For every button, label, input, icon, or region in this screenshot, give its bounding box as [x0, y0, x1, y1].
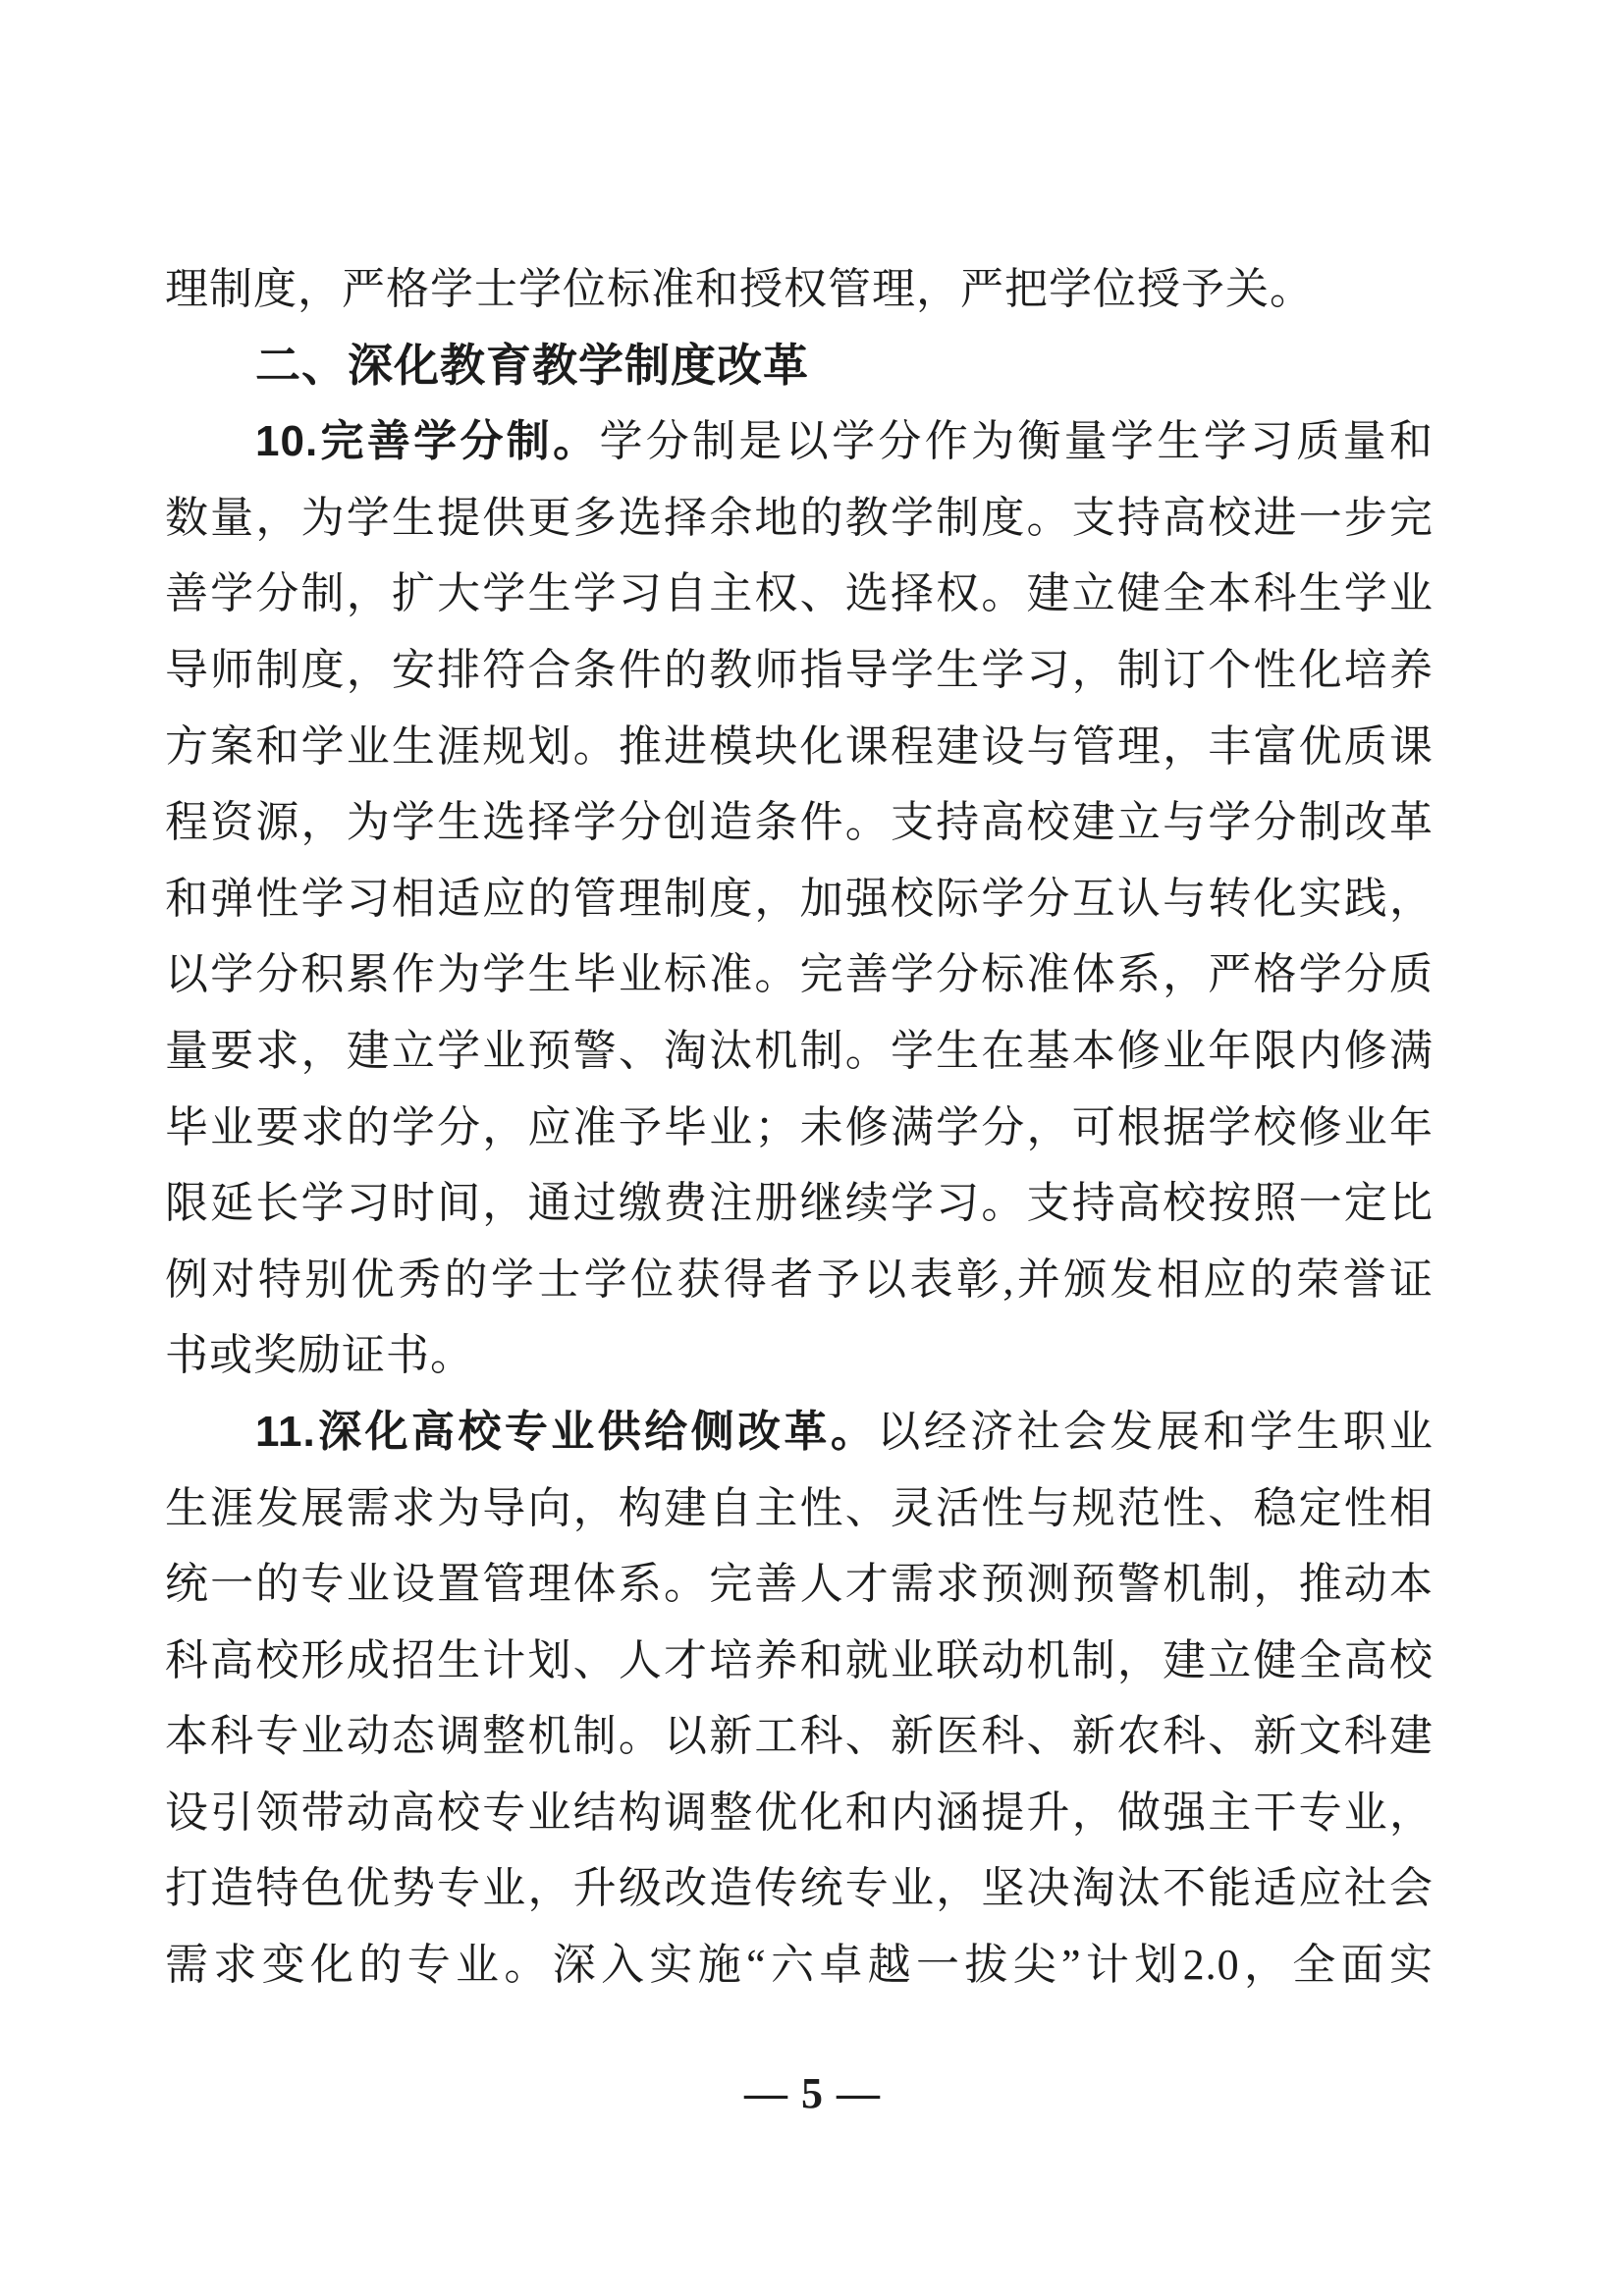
- text-line: 本科专业动态调整机制。以新工科、新医科、新农科、新文科建: [165, 1698, 1434, 1775]
- text-block: 理制度，严格学士学位标准和授权管理，严把学位授予关。二、深化教育教学制度改革10…: [165, 251, 1434, 2003]
- text-run: 以学分积累作为学生毕业标准。完善学分标准体系，严格学分质: [165, 950, 1434, 998]
- text-run: 和弹性学习相适应的管理制度，加强校际学分互认与转化实践，: [165, 875, 1434, 923]
- text-run: 科高校形成招生计划、人才培养和就业联动机制，建立健全高校: [165, 1636, 1434, 1684]
- footer-right-dash: —: [837, 2069, 880, 2117]
- text-line: 例对特别优秀的学士学位获得者予以表彰,并颁发相应的荣誉证: [165, 1242, 1434, 1318]
- text-line: 设引领带动高校专业结构调整优化和内涵提升，做强主干专业，: [165, 1775, 1434, 1851]
- text-run: 方案和学业生涯规划。推进模块化课程建设与管理，丰富优质课: [165, 722, 1434, 771]
- text-line: 科高校形成招生计划、人才培养和就业联动机制，建立健全高校: [165, 1623, 1434, 1699]
- text-line: 书或奖励证书。: [165, 1317, 1434, 1394]
- text-line: 理制度，严格学士学位标准和授权管理，严把学位授予关。: [165, 251, 1434, 328]
- text-run: 打造特色优势专业，升级改造传统专业，坚决淘汰不能适应社会: [165, 1864, 1434, 1912]
- text-line: 11.深化高校专业供给侧改革。以经济社会发展和学生职业: [165, 1394, 1434, 1470]
- bold-run: 10.完善学分制。: [255, 417, 599, 465]
- text-line: 以学分积累作为学生毕业标准。完善学分标准体系，严格学分质: [165, 936, 1434, 1013]
- bold-run: 11.深化高校专业供给侧改革。: [255, 1408, 877, 1456]
- text-run: 数量，为学生提供更多选择余地的教学制度。支持高校进一步完: [165, 494, 1434, 542]
- text-run: 量要求，建立学业预警、淘汰机制。学生在基本修业年限内修满: [165, 1027, 1434, 1075]
- text-run: 本科专业动态调整机制。以新工科、新医科、新农科、新文科建: [165, 1712, 1434, 1760]
- page-number-footer: —5—: [0, 2059, 1624, 2128]
- text-line: 善学分制，扩大学生学习自主权、选择权。建立健全本科生学业: [165, 556, 1434, 632]
- text-run: 以经济社会发展和学生职业: [877, 1408, 1434, 1456]
- text-line: 导师制度，安排符合条件的教师指导学生学习，制订个性化培养: [165, 632, 1434, 709]
- text-line: 程资源，为学生选择学分创造条件。支持高校建立与学分制改革: [165, 784, 1434, 861]
- text-run: 例对特别优秀的学士学位获得者予以表彰,并颁发相应的荣誉证: [165, 1255, 1434, 1304]
- text-run: 统一的专业设置管理体系。完善人才需求预测预警机制，推动本: [165, 1560, 1434, 1608]
- text-run: 理制度，严格学士学位标准和授权管理，严把学位授予关。: [165, 265, 1314, 313]
- text-line: 需求变化的专业。深入实施“六卓越一拔尖”计划2.0，全面实: [165, 1927, 1434, 2003]
- text-line: 量要求，建立学业预警、淘汰机制。学生在基本修业年限内修满: [165, 1013, 1434, 1090]
- document-page: 理制度，严格学士学位标准和授权管理，严把学位授予关。二、深化教育教学制度改革10…: [0, 0, 1624, 2296]
- footer-left-dash: —: [744, 2069, 787, 2117]
- text-line: 数量，为学生提供更多选择余地的教学制度。支持高校进一步完: [165, 480, 1434, 557]
- text-line: 统一的专业设置管理体系。完善人才需求预测预警机制，推动本: [165, 1546, 1434, 1623]
- text-run: 善学分制，扩大学生学习自主权、选择权。建立健全本科生学业: [165, 569, 1434, 617]
- text-line: 打造特色优势专业，升级改造传统专业，坚决淘汰不能适应社会: [165, 1850, 1434, 1927]
- text-run: 学分制是以学分作为衡量学生学习质量和: [599, 417, 1434, 465]
- text-line: 毕业要求的学分，应准予毕业；未修满学分，可根据学校修业年: [165, 1090, 1434, 1166]
- text-line: 生涯发展需求为导向，构建自主性、灵活性与规范性、稳定性相: [165, 1470, 1434, 1547]
- text-run: 程资源，为学生选择学分创造条件。支持高校建立与学分制改革: [165, 798, 1434, 846]
- text-run: 限延长学习时间，通过缴费注册继续学习。支持高校按照一定比: [165, 1179, 1434, 1227]
- section-heading: 二、深化教育教学制度改革: [165, 328, 1434, 404]
- text-line: 限延长学习时间，通过缴费注册继续学习。支持高校按照一定比: [165, 1165, 1434, 1242]
- page-number: 5: [801, 2069, 823, 2117]
- text-run: 生涯发展需求为导向，构建自主性、灵活性与规范性、稳定性相: [165, 1484, 1434, 1532]
- text-line: 10.完善学分制。学分制是以学分作为衡量学生学习质量和: [165, 403, 1434, 480]
- text-line: 和弹性学习相适应的管理制度，加强校际学分互认与转化实践，: [165, 861, 1434, 937]
- bold-run: 二、深化教育教学制度改革: [255, 340, 809, 391]
- text-run: 导师制度，安排符合条件的教师指导学生学习，制订个性化培养: [165, 646, 1434, 694]
- text-run: 需求变化的专业。深入实施“六卓越一拔尖”计划2.0，全面实: [165, 1941, 1434, 1989]
- text-run: 毕业要求的学分，应准予毕业；未修满学分，可根据学校修业年: [165, 1103, 1434, 1151]
- text-run: 设引领带动高校专业结构调整优化和内涵提升，做强主干专业，: [165, 1789, 1434, 1837]
- text-line: 方案和学业生涯规划。推进模块化课程建设与管理，丰富优质课: [165, 709, 1434, 785]
- text-run: 书或奖励证书。: [165, 1331, 474, 1379]
